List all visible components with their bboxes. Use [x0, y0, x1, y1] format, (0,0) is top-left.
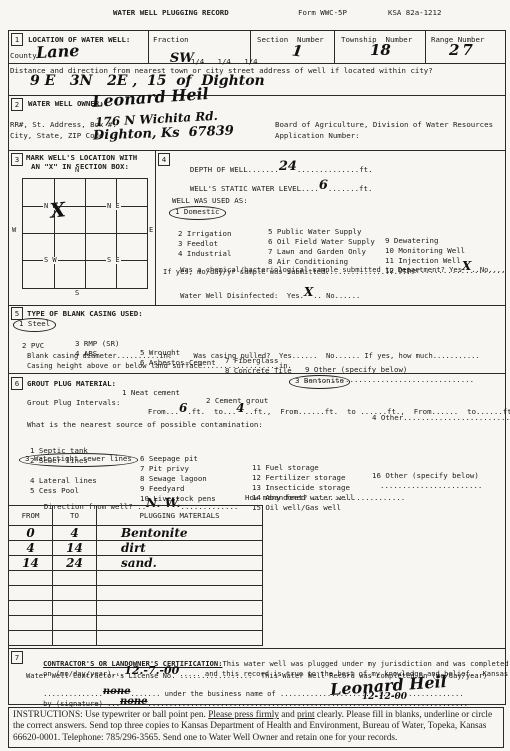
- range-value: 27: [449, 41, 476, 59]
- township-value: 18: [370, 41, 391, 59]
- casing-option: 1 Steel: [19, 319, 50, 328]
- grout-intervals-label: Grout Plug Intervals:: [27, 399, 120, 408]
- table-row: [9, 631, 263, 646]
- compass-s-label: S: [74, 290, 80, 297]
- signature-date-value: 12-12-00: [362, 692, 407, 702]
- table-header-materials: PLUGGING MATERIALS: [97, 506, 263, 526]
- material-value: Bentonite: [121, 526, 188, 540]
- divider: [8, 648, 505, 649]
- table-row: 1424sand.: [9, 556, 263, 571]
- contamination-option: 15 Oil well/Gas well: [252, 504, 341, 513]
- form-title: WATER WELL PLUGGING RECORD: [113, 9, 229, 18]
- static-level-suffix: .......ft.: [328, 184, 373, 193]
- circled-option-domestic: 1 Domestic: [169, 206, 226, 220]
- compass-ne-label: N E: [106, 203, 121, 210]
- section1-number: 1: [11, 33, 23, 46]
- compass-se-label: S E: [106, 257, 121, 264]
- divider: [8, 150, 505, 151]
- table-header-to: TO: [53, 506, 97, 526]
- material-value: dirt: [121, 541, 146, 555]
- grout-option: 1 Neat cement: [122, 389, 180, 398]
- section2-number: 2: [11, 98, 23, 111]
- used-as-label: WELL WAS USED AS:: [172, 197, 248, 206]
- grout-option: 3 Bentonite: [295, 376, 344, 385]
- contamination-label: What is the nearest source of possible c…: [27, 421, 263, 430]
- depth-label: DEPTH OF WELL.......: [190, 165, 279, 174]
- divider: [155, 150, 156, 305]
- table-row: [9, 571, 263, 586]
- depth-suffix: ..............ft.: [297, 165, 373, 174]
- compass-sw-label: S W: [43, 257, 58, 264]
- material-value: sand.: [121, 556, 157, 570]
- used-option: 1 Domestic: [175, 207, 220, 216]
- section-box-grid: N W N E S W S E: [22, 178, 148, 289]
- divider: [8, 95, 505, 96]
- compass-e-label: E: [148, 227, 154, 234]
- section3-number: 3: [11, 153, 23, 166]
- circled-option-bentonite: 3 Bentonite: [289, 375, 350, 389]
- fraction-label: Fraction: [153, 36, 189, 45]
- table-row: [9, 586, 263, 601]
- compass-w-label: W: [11, 227, 17, 234]
- instructions-block: INSTRUCTIONS: Use typewriter or ball poi…: [8, 707, 504, 748]
- interval-rest: ..ft., From......ft. to ......ft., From.…: [245, 407, 510, 416]
- from-value: 4: [26, 541, 34, 555]
- casing-height-line: Casing height above or below land surfac…: [27, 362, 292, 370]
- divider: [148, 30, 149, 63]
- grid-line: [23, 260, 147, 261]
- form-statute: KSA 82a-1212: [388, 9, 441, 18]
- table-row: 04Bentonite: [9, 526, 263, 541]
- well-location-x-mark: X: [49, 197, 67, 222]
- instructions-underlined: Please press firmly: [208, 710, 279, 720]
- from-value: 14: [22, 556, 39, 570]
- casing-diameter-line: Blank casing diameter..........in. Was c…: [27, 352, 480, 360]
- from-value: 0: [26, 526, 34, 540]
- section4-number: 4: [158, 153, 170, 166]
- contamination-option: 3 Watertight sewer lines: [25, 454, 132, 463]
- instructions-text: INSTRUCTIONS: Use typewriter or ball poi…: [13, 710, 208, 720]
- table-row: 414dirt: [9, 541, 263, 556]
- circled-option-steel: 1 Steel: [13, 318, 56, 332]
- board-label: Board of Agriculture, Division of Water …: [275, 121, 493, 130]
- compass-n-label: N: [74, 167, 80, 174]
- divider: [425, 30, 426, 63]
- to-value: 4: [70, 526, 78, 540]
- distance-value: 9 E 3N 2E , 15 of Dighton: [30, 73, 265, 89]
- table-row: [9, 616, 263, 631]
- application-number-label: Application Number:: [275, 132, 360, 141]
- divider: [334, 30, 335, 63]
- table-header-from: FROM: [9, 506, 53, 526]
- instructions-underlined: print: [297, 710, 315, 720]
- sample-no-dots: ..No....: [471, 265, 505, 274]
- section-number-label: Section Number: [257, 36, 324, 45]
- how-many-feet-label: How many feet? .....................: [245, 494, 405, 503]
- section5-title: TYPE OF BLANK CASING USED:: [27, 310, 143, 319]
- interval-to-label: .ft. to...: [187, 407, 236, 416]
- disinfected-line: Water Well Disinfected: Yes.X.. No......: [163, 284, 360, 308]
- casing-option: 2 PVC: [22, 342, 44, 351]
- disinfected-label: Water Well Disinfected: Yes.: [180, 291, 304, 300]
- grid-line: [23, 233, 147, 234]
- static-level-label: WELL'S STATIC WATER LEVEL....: [190, 184, 319, 193]
- county-value: Lane: [36, 41, 80, 62]
- plugging-table: FROM TO PLUGGING MATERIALS 04Bentonite 4…: [8, 505, 263, 646]
- sample-date-line: If yes, mo/day/yr sample was submitted..…: [163, 268, 415, 276]
- fraction-quarters: 1/4 1/4 1/4: [191, 57, 258, 66]
- form-number: Form WWC-5P: [298, 9, 347, 18]
- grid-line: [23, 206, 147, 207]
- to-value: 24: [66, 556, 83, 570]
- section7-number: 7: [11, 651, 23, 664]
- scanned-form-page: WATER WELL PLUGGING RECORD Form WWC-5P K…: [0, 0, 510, 751]
- interval-from-label: From...: [148, 407, 179, 416]
- instructions-text: and: [279, 710, 297, 720]
- circled-option-watertight-sewer: 3 Watertight sewer lines: [19, 453, 138, 467]
- to-value: 14: [66, 541, 83, 555]
- used-option: 4 Industrial: [178, 250, 231, 259]
- disinfected-no-dots: .. No......: [313, 291, 360, 300]
- table-row: [9, 601, 263, 616]
